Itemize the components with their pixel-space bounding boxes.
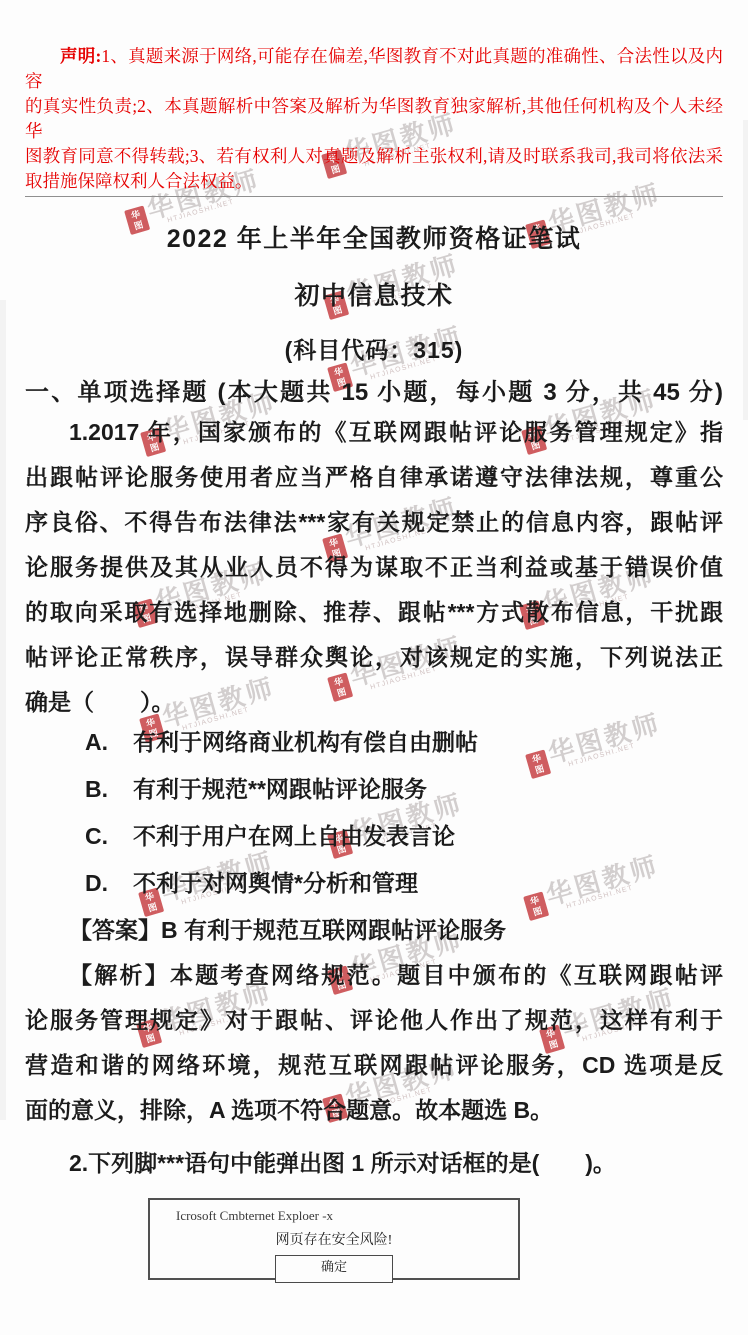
option-label: A. [85,719,133,766]
option-text: 不利于对网舆情*分析和管理 [133,870,418,896]
text-line: 的真实性负责;2、本真题解析中答案及解析为华图教育独家解析,其他任何机构及个人未… [25,94,723,144]
dialog-message: 网页存在安全风险! [150,1229,518,1249]
option-text: 有利于网络商业机构有偿自由删帖 [133,729,478,755]
section-heading: 一、单项选择题 (本大题共 15 小题，每小题 3 分，共 45 分) [25,377,723,409]
option-row: D.不利于对网舆情*分析和管理 [25,860,723,907]
subject-code: (科目代码：315) [25,335,723,365]
header-divider [25,196,723,197]
option-text: 有利于规范**网跟帖评论服务 [133,776,427,802]
question-1-text: 1.2017 年，国家颁布的《互联网跟帖评论服务管理规定》指出跟帖评论服务使用者… [25,410,723,725]
option-row: C.不利于用户在网上自由发表言论 [25,813,723,860]
exam-subject-title: 初中信息技术 [25,280,723,313]
question-2-text: 2.下列脚***语句中能弹出图 1 所示对话框的是( )。 [25,1141,723,1186]
analysis-text: 【解析】本题考查网络规范。题目中颁布的《互联网跟帖评论服务管理规定》对于跟帖、评… [25,953,723,1133]
text-line: 营造和谐的网络环境，规范互联网跟帖评论服务，CD 选项是反 [25,1043,723,1088]
answer-line: 【答案】B 有利于规范互联网跟帖评论服务 [25,907,723,953]
text-line: 论服务提供及其从业人员不得为谋取不正当利益或基于错误价值 [25,545,723,590]
ok-button[interactable]: 确定 [275,1255,393,1283]
text-line: 的取向采取有选择地删除、推荐、跟帖***方式散布信息，干扰跟 [25,590,723,635]
text-line: 取措施保障权利人合法权益。 [25,169,723,194]
exam-title: 2022 年上半年全国教师资格证笔试 [25,223,723,256]
text-line: 面的意义，排除，A 选项不符合题意。故本题选 B。 [25,1088,723,1133]
option-label: D. [85,860,133,907]
options-list: A.有利于网络商业机构有偿自由删帖B.有利于规范**网跟帖评论服务C.不利于用户… [25,719,723,907]
text-line: 论服务管理规定》对于跟帖、评论他人作出了规范，这样有利于 [25,998,723,1043]
text-line: 出跟帖评论服务使用者应当严格自律承诺遵守法律法规，尊重公 [25,455,723,500]
option-label: B. [85,766,133,813]
option-row: B.有利于规范**网跟帖评论服务 [25,766,723,813]
exam-document: 声明:1、真题来源于网络,可能存在偏差,华图教育不对此真题的准确性、合法性以及内… [0,44,748,1280]
disclaimer-prefix: 声明: [60,46,101,66]
text-line: 帖评论正常秩序，误导群众舆论，对该规定的实施，下列说法正 [25,635,723,680]
text-line: 声明:1、真题来源于网络,可能存在偏差,华图教育不对此真题的准确性、合法性以及内… [25,44,723,94]
text-line: 1.2017 年，国家颁布的《互联网跟帖评论服务管理规定》指 [25,410,723,455]
disclaimer-text: 声明:1、真题来源于网络,可能存在偏差,华图教育不对此真题的准确性、合法性以及内… [25,44,723,194]
text-line: 序良俗、不得告布法律法***家有关规定禁止的信息内容，跟帖评 [25,500,723,545]
option-label: C. [85,813,133,860]
option-row: A.有利于网络商业机构有偿自由删帖 [25,719,723,766]
figure-ie-dialog: Icrosoft Cmbternet Exploer -x 网页存在安全风险! … [148,1198,520,1280]
text-line: 图教育同意不得转载;3、若有权利人对真题及解析主张权利,请及时联系我司,我司将依… [25,144,723,169]
text-line: 【解析】本题考查网络规范。题目中颁布的《互联网跟帖评 [25,953,723,998]
option-text: 不利于用户在网上自由发表言论 [133,823,455,849]
dialog-title: Icrosoft Cmbternet Exploer -x [176,1208,518,1224]
